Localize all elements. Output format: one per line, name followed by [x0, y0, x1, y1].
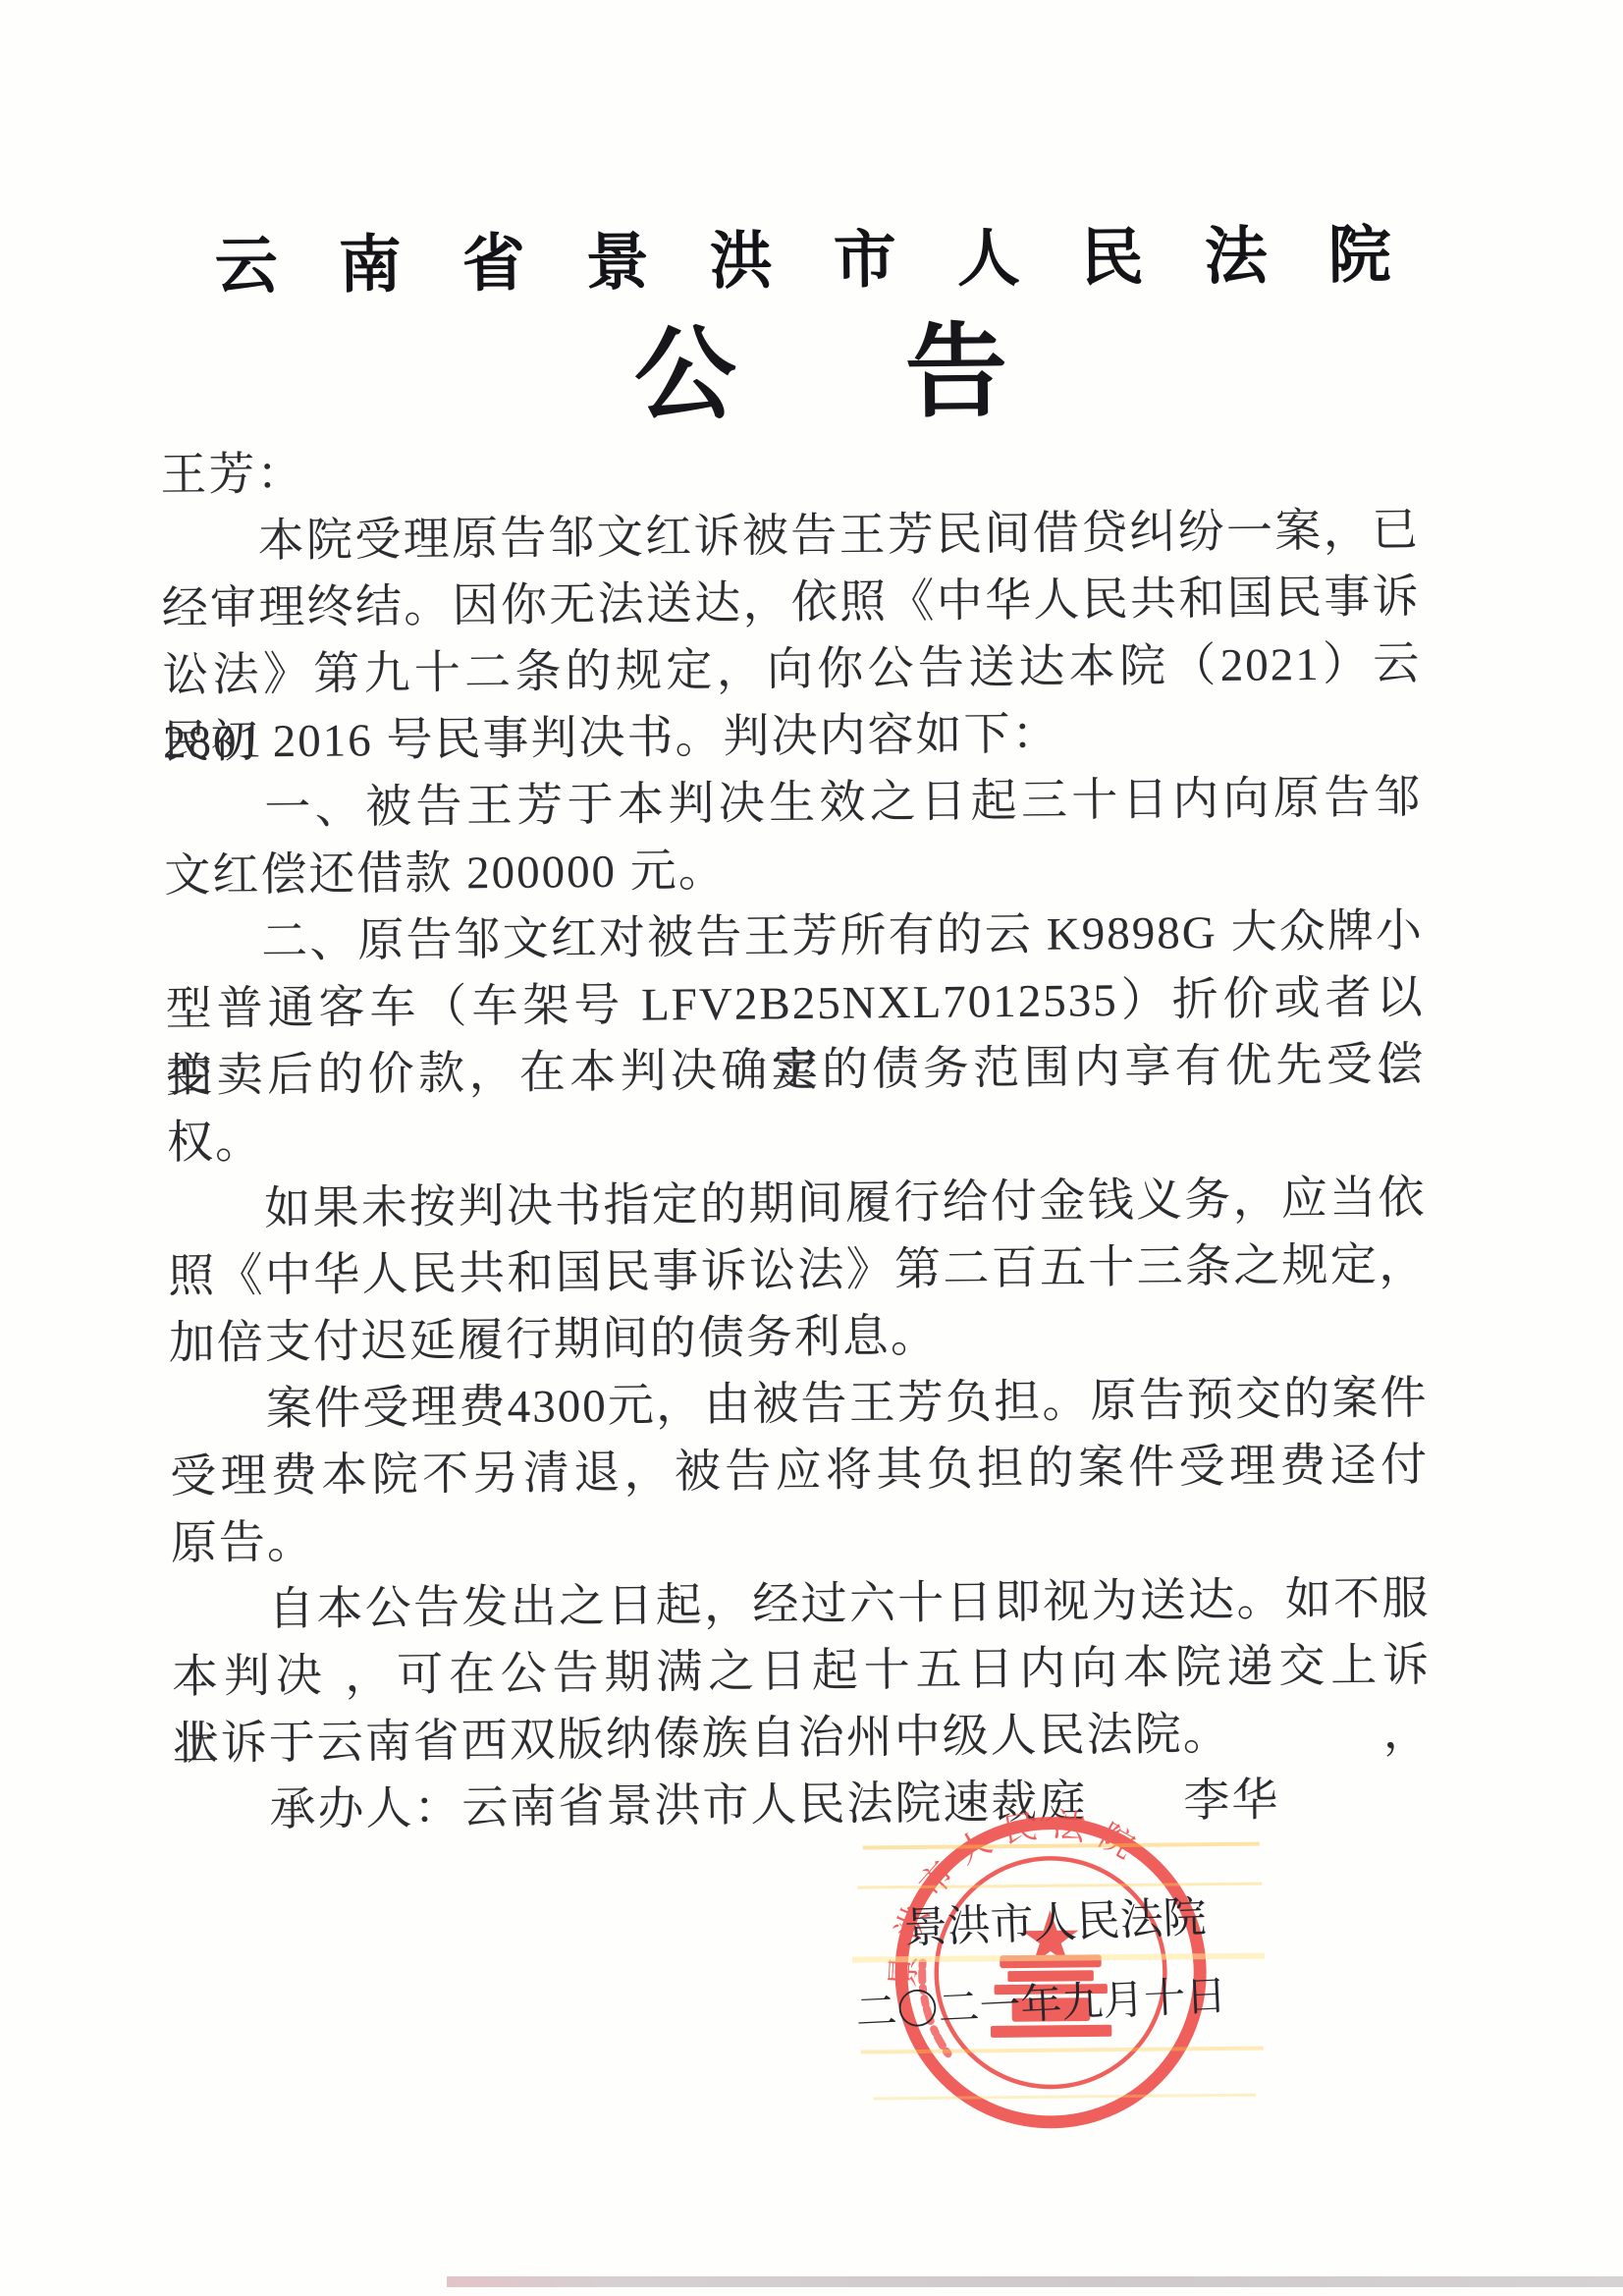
body-line: 原告。 [171, 1499, 1431, 1577]
body-line: 经审理终结。因你无法送达，依照《中华人民共和国民事诉 [161, 564, 1421, 642]
body-line: 王芳： [160, 430, 1420, 509]
body-line: 一、被告王芳于本判决生效之日起三十日内向原告邹 [163, 764, 1423, 843]
body-line: 权。 [167, 1098, 1427, 1176]
body-line: 照《中华人民共和国民事诉讼法》第二百五十三条之规定， [168, 1231, 1428, 1310]
notice-title-heading: 公 告 [0, 283, 1623, 446]
body-line: 自本公告发出之日起，经过六十日即视为送达。如不服 [171, 1565, 1431, 1644]
body-line: 本判决 ，可在公告期满之日起十五日内向本院递交上诉状， [172, 1632, 1432, 1711]
signature-court-name: 景洪市人民法院 [892, 1881, 1217, 1955]
body-line: 本院受理原告邹文红诉被告王芳民间借贷纠纷一案，已 [161, 497, 1421, 575]
body-line: 二、原告邹文红对被告王芳所有的云 K9898G 大众牌小 [165, 898, 1425, 976]
body-line: 如果未按判决书指定的期间履行给付金钱义务，应当依 [167, 1165, 1427, 1243]
body-line: 受理费本院不另清退，被告应将其负担的案件受理费迳付 [170, 1432, 1430, 1510]
body-line: 案件受理费4300元，由被告王芳负担。原告预交的案件 [169, 1365, 1429, 1444]
body-line: 民初 2016 号民事判决书。判决内容如下： [163, 697, 1423, 776]
body-line: 加倍支付迟延履行期间的债务利息。 [169, 1298, 1429, 1377]
body-line: 承办人：云南省景洪市人民法院速裁庭 李华 [173, 1766, 1433, 1844]
body-line: 型普通客车（车架号 LFV2B25NXL7012535）折价或者以拍卖、 [165, 964, 1425, 1043]
document-content: 云南省景洪市人民法院 公 告 王芳： 本院受理原告邹文红诉被告王芳民间借贷纠纷一… [0, 0, 1623, 2296]
scanned-court-notice-page: 云南省景洪市人民法院 公 告 王芳： 本院受理原告邹文红诉被告王芳民间借贷纠纷一… [0, 0, 1623, 2296]
body-line: 变卖后的价款，在本判决确定的债务范围内享有优先受偿 [166, 1031, 1426, 1110]
body-text: 王芳： 本院受理原告邹文红诉被告王芳民间借贷纠纷一案，已经审理终结。因你无法送达… [160, 430, 1433, 1844]
body-line: 讼法》第九十二条的规定，向你公告送达本院（2021）云 2801 [162, 630, 1422, 709]
scan-edge-artifact [447, 2276, 1623, 2287]
body-line: 文红偿还借款 200000 元。 [164, 831, 1424, 909]
